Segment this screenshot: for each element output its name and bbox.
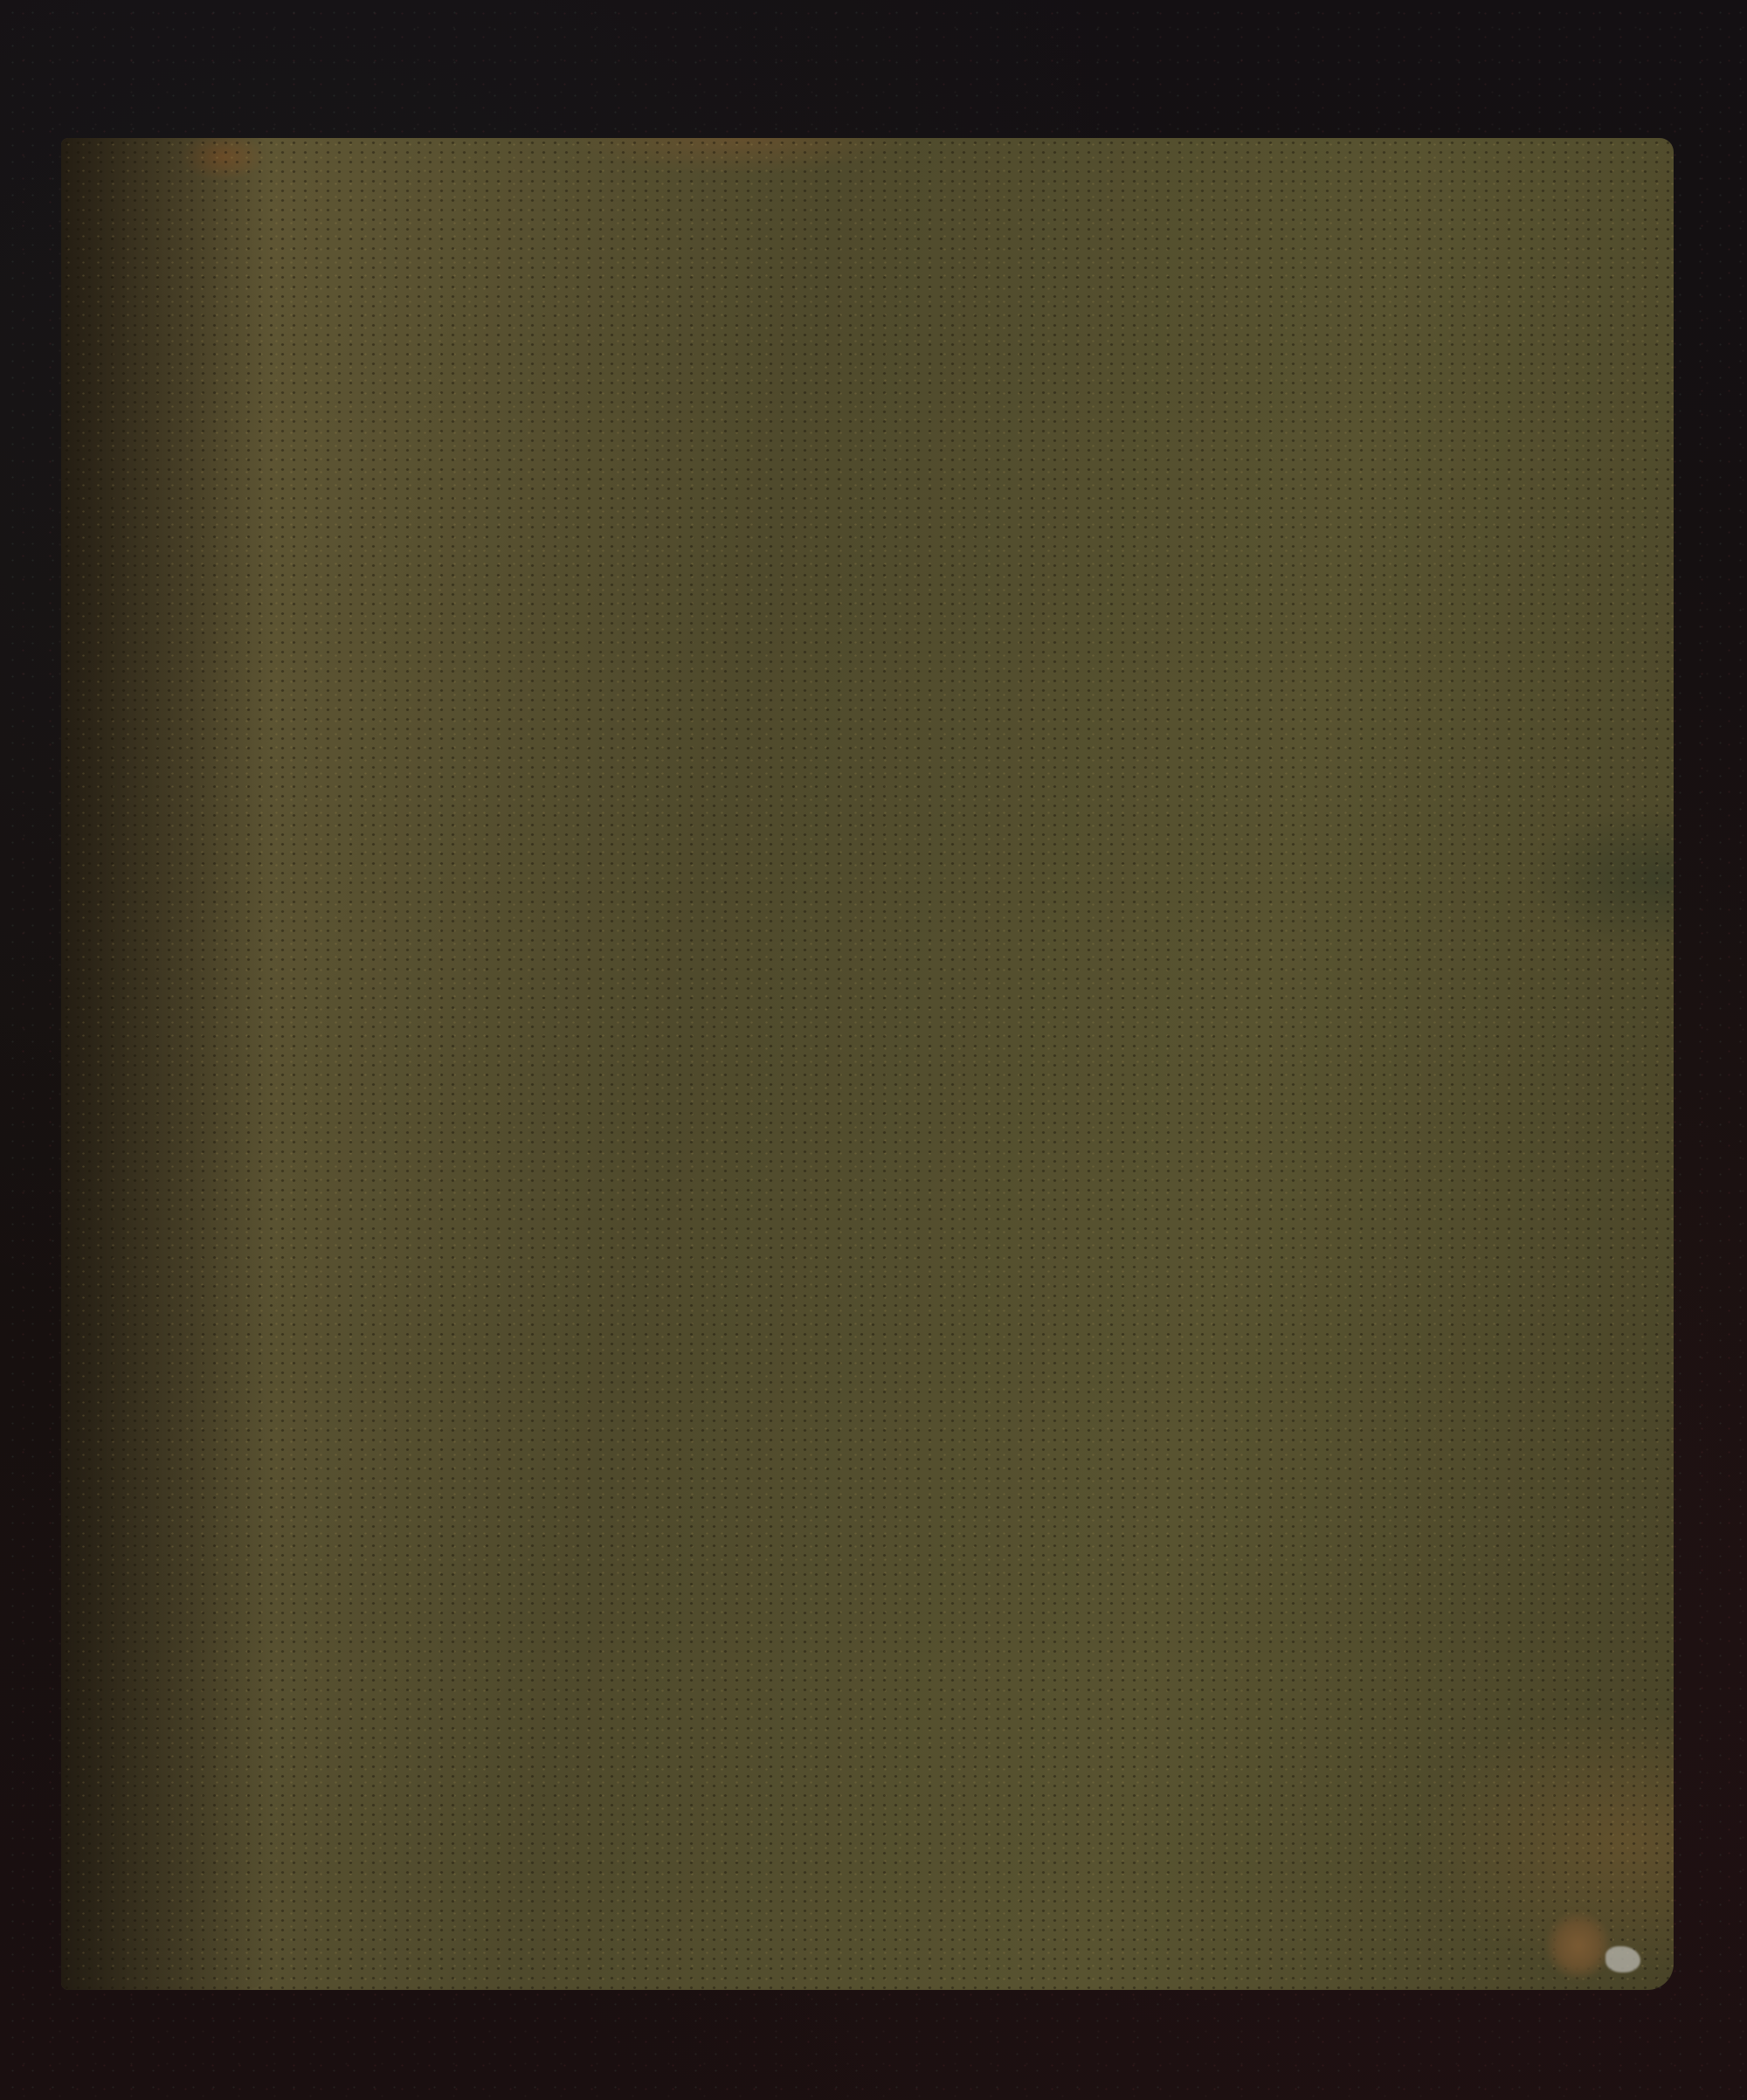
digitized-book-viewer: 131 Die Tilgung selbst erreicht in den e… [0,0,1747,2100]
book-cover-edge [61,138,1674,1990]
cover-wear-chip [1605,1946,1640,1972]
cover-wear-spot [1544,1910,1612,1981]
facing-page-sliver [0,217,54,2048]
